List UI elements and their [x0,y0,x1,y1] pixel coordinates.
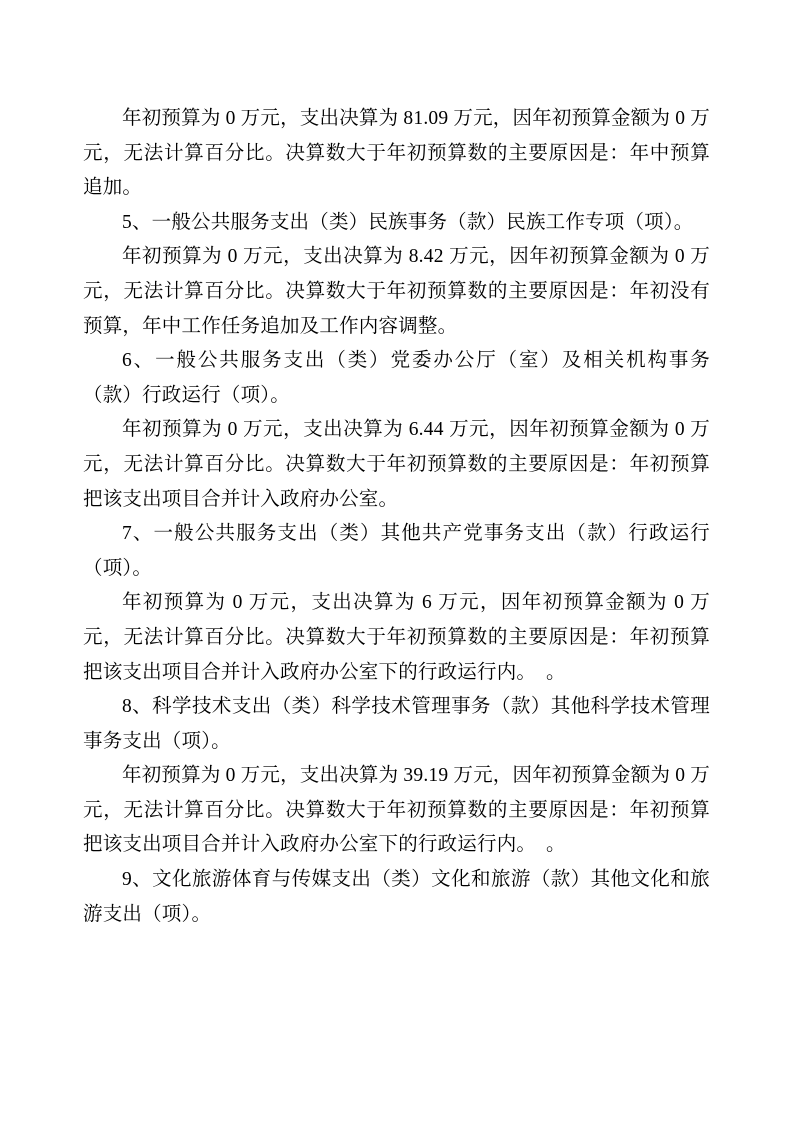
paragraph-5: 年初预算为 0 万元，支出决算为 6.44 万元，因年初预算金额为 0 万元，无… [83,413,710,517]
document-page: 年初预算为 0 万元，支出决算为 81.09 万元，因年初预算金额为 0 万元，… [0,0,793,1122]
paragraph-6: 7、一般公共服务支出（类）其他共产党事务支出（款）行政运行（项）。 [83,517,710,586]
paragraph-2: 5、一般公共服务支出（类）民族事务（款）民族工作专项（项）。 [83,206,710,241]
paragraph-8: 8、科学技术支出（类）科学技术管理事务（款）其他科学技术管理事务支出（项）。 [83,690,710,759]
paragraph-9: 年初预算为 0 万元，支出决算为 39.19 万元，因年初预算金额为 0 万元，… [83,759,710,863]
paragraph-1: 年初预算为 0 万元，支出决算为 81.09 万元，因年初预算金额为 0 万元，… [83,102,710,206]
document-body: 年初预算为 0 万元，支出决算为 81.09 万元，因年初预算金额为 0 万元，… [83,102,710,932]
paragraph-7: 年初预算为 0 万元，支出决算为 6 万元，因年初预算金额为 0 万元，无法计算… [83,586,710,690]
paragraph-3: 年初预算为 0 万元，支出决算为 8.42 万元，因年初预算金额为 0 万元，无… [83,240,710,344]
paragraph-10: 9、文化旅游体育与传媒支出（类）文化和旅游（款）其他文化和旅游支出（项）。 [83,863,710,932]
paragraph-4: 6、一般公共服务支出（类）党委办公厅（室）及相关机构事务（款）行政运行（项）。 [83,344,710,413]
